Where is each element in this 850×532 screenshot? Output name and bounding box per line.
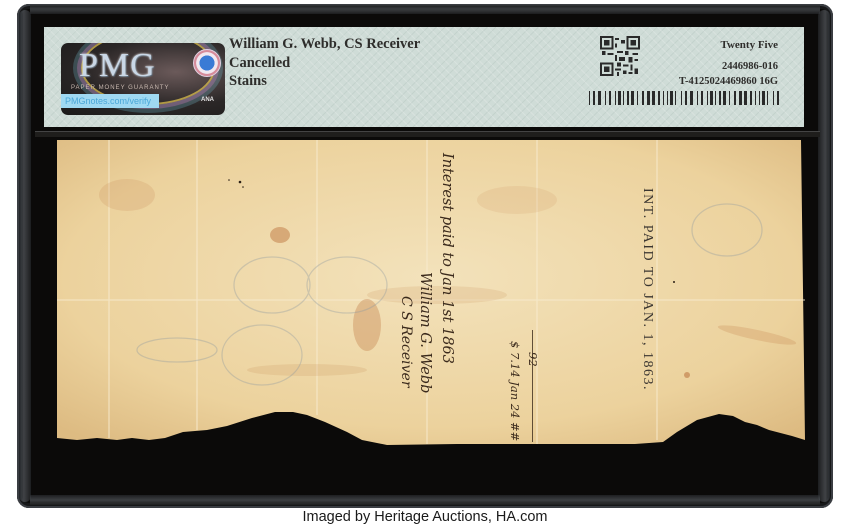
handwritten-title: C S Receiver: [398, 296, 414, 388]
handwritten-number: 92: [526, 352, 540, 367]
handwritten-rule-line: [532, 330, 533, 442]
verify-url: PMGnotes.com/verify: [61, 94, 159, 108]
label-description: William G. Webb, CS Receiver Cancelled S…: [229, 35, 420, 91]
cert-number: 2446986-016: [722, 61, 778, 72]
label-line-cancelled: Cancelled: [229, 54, 420, 73]
serial-number: T-4125024469860 16G: [679, 76, 778, 87]
ana-badge: ANA: [201, 97, 214, 103]
holder-divider: [35, 131, 820, 137]
holder-edge-right: [818, 10, 830, 502]
interest-paid-stamp: INT. PAID TO JAN. 1, 1863.: [639, 188, 655, 391]
holder-edge-bottom: [30, 495, 820, 505]
handwritten-signature: William G. Webb: [417, 272, 433, 393]
pmg-hologram: PMG PAPER MONEY GUARANTY PMGnotes.com/ve…: [61, 43, 225, 115]
pmg-tagline: PAPER MONEY GUARANTY: [71, 85, 169, 91]
seal-icon: [193, 49, 221, 77]
image-credit: Imaged by Heritage Auctions, HA.com: [0, 509, 850, 525]
label-line-name: William G. Webb, CS Receiver: [229, 35, 420, 54]
grade-text: Twenty Five: [720, 39, 778, 51]
pmg-logo: PMG: [79, 47, 156, 85]
barcode-icon: [589, 91, 779, 105]
qr-code-icon: [600, 36, 640, 76]
handwritten-amount: $ 7.14 Jan 24 ##: [508, 341, 522, 441]
holder-edge-left: [19, 10, 31, 502]
label-line-stains: Stains: [229, 72, 420, 91]
handwritten-interest-note: Interest paid to Jan 1st 1863: [439, 153, 455, 364]
holder-edge-top: [30, 5, 820, 14]
